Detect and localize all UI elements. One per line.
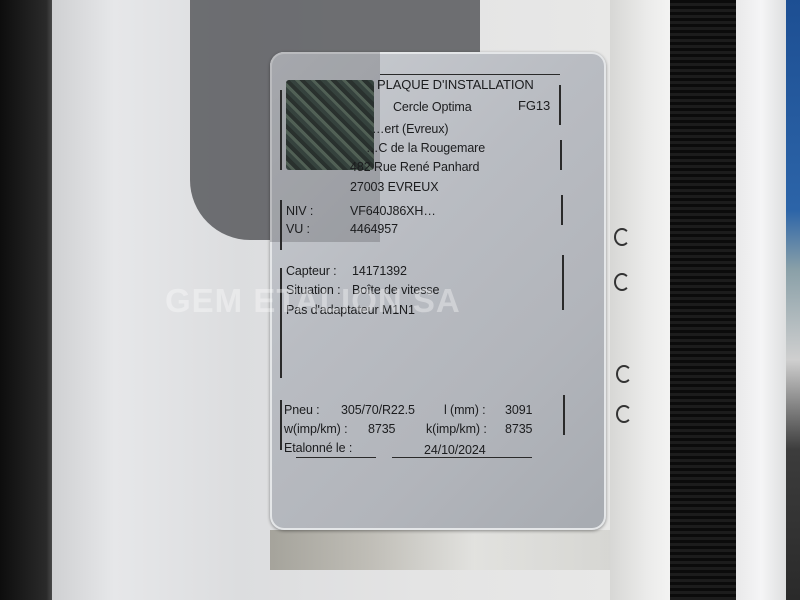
k-value: 8735 [505, 422, 532, 436]
plate-border-line [561, 195, 563, 225]
background-sky-road [786, 0, 800, 600]
white-door-edge [736, 0, 786, 600]
plate-brand: Cercle Optima [393, 100, 472, 114]
capteur-value: 14171392 [352, 264, 407, 278]
plate-title: PLAQUE D'INSTALLATION [377, 77, 534, 92]
rivet-mark [616, 365, 632, 383]
l-value: 3091 [505, 403, 532, 417]
capteur-label: Capteur : [286, 264, 337, 278]
installer-street: 482 Rue René Panhard [350, 160, 479, 174]
dark-door-edge [0, 0, 58, 600]
signature-line [296, 457, 376, 458]
rivet-mark [614, 228, 630, 246]
door-frame-strip [610, 0, 672, 600]
vu-value: 4464957 [350, 222, 398, 236]
installer-city: 27003 EVREUX [350, 180, 438, 194]
rivet-mark [616, 405, 632, 423]
plate-rule [380, 74, 560, 75]
plate-border-line [559, 85, 561, 125]
installer-line2: …C de la Rougemare [366, 141, 485, 155]
l-label: l (mm) : [444, 403, 486, 417]
plate-border-line [280, 400, 282, 450]
rubber-door-seal [670, 0, 738, 600]
hologram-seal-icon [286, 80, 374, 170]
plate-border-line [280, 200, 282, 250]
signature-line [392, 457, 532, 458]
pneu-value: 305/70/R22.5 [341, 403, 415, 417]
etalonne-label: Etalonné le : [284, 441, 352, 455]
w-value: 8735 [368, 422, 395, 436]
watermark: GEM ETALION SA [165, 282, 461, 320]
etalonne-value: 24/10/2024 [424, 443, 486, 457]
plate-border-line [560, 140, 562, 170]
niv-value: VF640J86XH… [350, 204, 436, 218]
vu-label: VU : [286, 222, 310, 236]
plate-border-line [563, 395, 565, 435]
plate-border-line [280, 90, 282, 170]
installer-name: …ert (Evreux) [372, 122, 449, 136]
pneu-label: Pneu : [284, 403, 320, 417]
plate-border-line [562, 255, 564, 310]
w-label: w(imp/km) : [284, 422, 347, 436]
rivet-mark [614, 273, 630, 291]
niv-label: NIV : [286, 204, 313, 218]
plate-code: FG13 [518, 98, 550, 113]
adhesive-residue [270, 530, 610, 570]
k-label: k(imp/km) : [426, 422, 487, 436]
